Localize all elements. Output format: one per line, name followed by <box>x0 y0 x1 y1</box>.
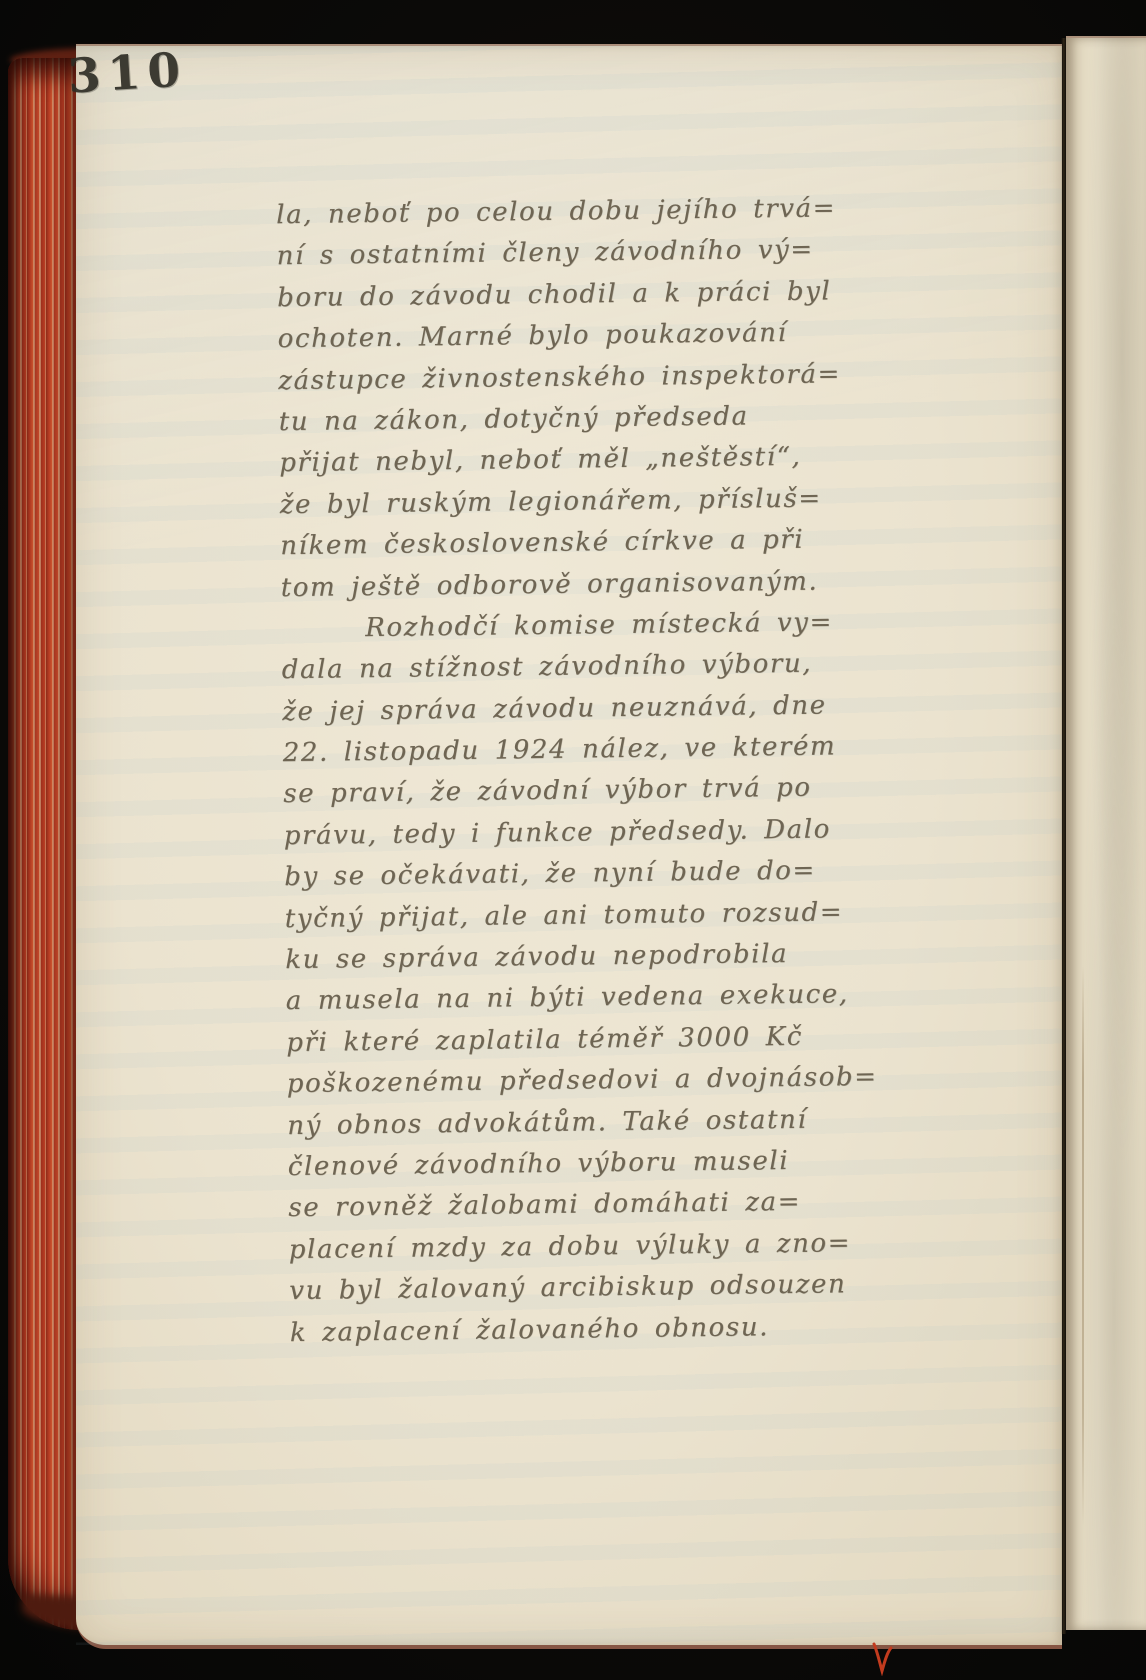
red-thread-mark <box>870 1640 896 1676</box>
handwriting-block: la, neboť po celou dobu jejího trvá= ní … <box>276 187 970 1354</box>
page-edge-crease <box>1061 38 1066 1634</box>
page-number-stamp: 310 <box>66 42 188 104</box>
book-scan: 310 la, neboť po celou dobu jejího trvá=… <box>0 0 1146 1680</box>
handwritten-line: k zaplacení žalovaného obnosu. <box>290 1304 970 1354</box>
page-crease <box>1082 966 1084 1526</box>
handwritten-line: poškozenému předsedovi a dvojnásob= <box>287 1056 967 1106</box>
adjacent-page <box>1066 36 1146 1630</box>
handwritten-line-paragraph-start: Rozhodčí komise místecká vy= <box>365 601 961 650</box>
red-page-stack-edge <box>8 58 80 1630</box>
